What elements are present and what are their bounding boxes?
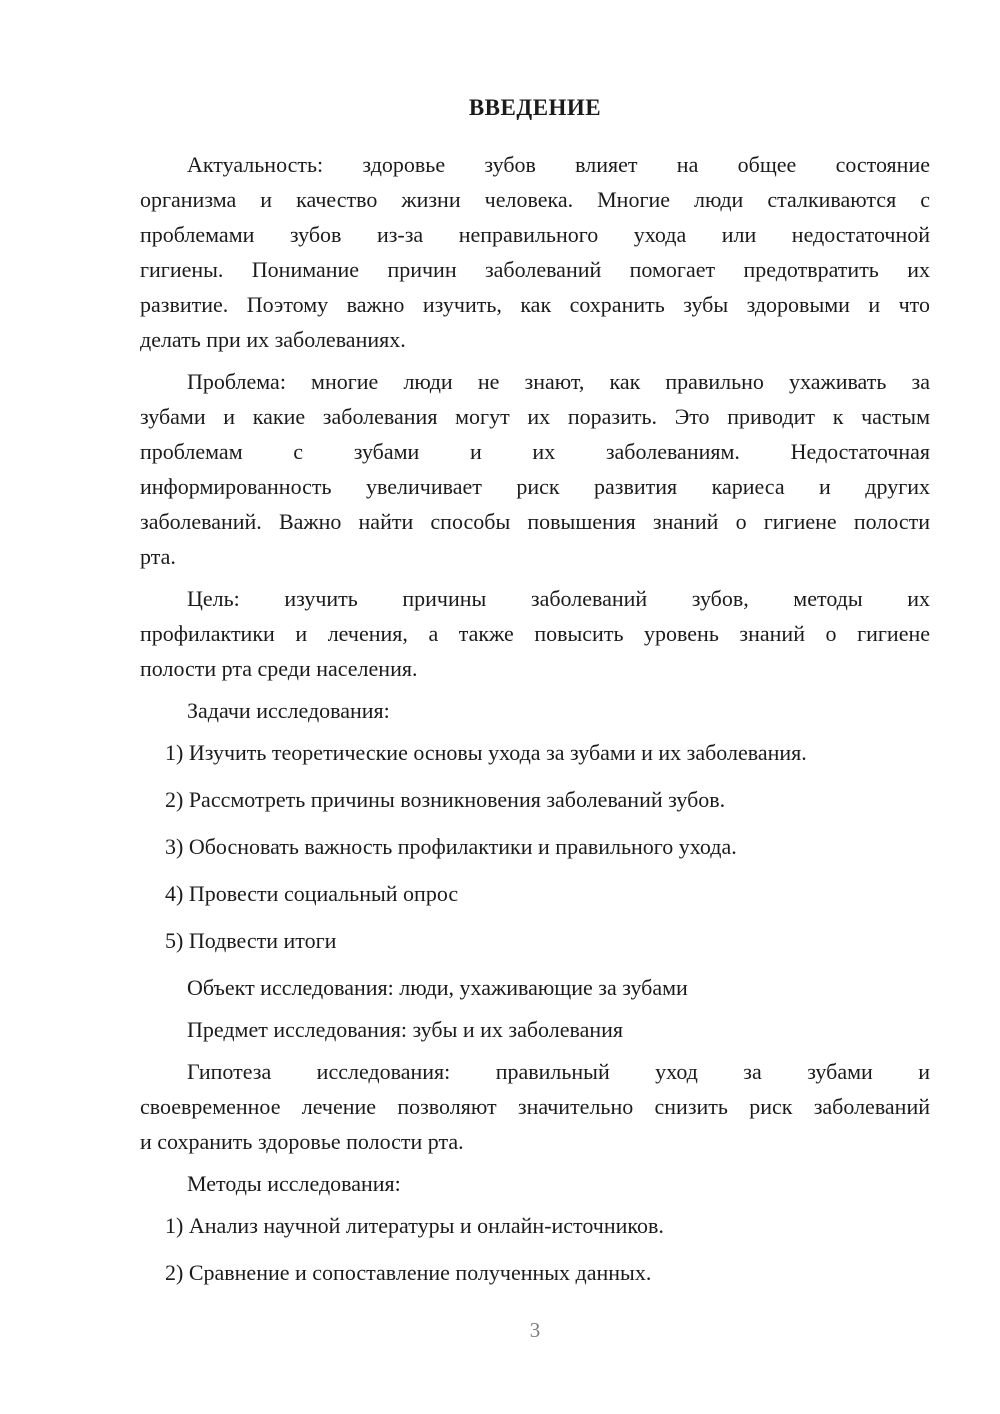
- list-item: 4) Провести социальный опрос: [140, 876, 930, 911]
- text-line: 1) Анализ научной литературы и онлайн-ис…: [140, 1208, 930, 1243]
- list-item: 1) Анализ научной литературы и онлайн-ис…: [140, 1208, 930, 1243]
- paragraph: Объект исследования: люди, ухаживающие з…: [140, 970, 930, 1005]
- text-line: гигиены. Понимание причин заболеваний по…: [140, 252, 930, 287]
- text-line: 1) Изучить теоретические основы ухода за…: [140, 735, 930, 770]
- text-line: 3) Обосновать важность профилактики и пр…: [140, 829, 930, 864]
- text-line: Задачи исследования:: [140, 693, 930, 728]
- text-line: Актуальность: здоровье зубов влияет на о…: [140, 147, 930, 182]
- list-item: 2) Сравнение и сопоставление полученных …: [140, 1255, 930, 1290]
- text-line: 4) Провести социальный опрос: [140, 876, 930, 911]
- text-line: развитие. Поэтому важно изучить, как сох…: [140, 287, 930, 322]
- list-item: 3) Обосновать важность профилактики и пр…: [140, 829, 930, 864]
- text-line: проблемами зубов из-за неправильного ухо…: [140, 217, 930, 252]
- text-line: зубами и какие заболевания могут их пора…: [140, 399, 930, 434]
- paragraph: Задачи исследования:: [140, 693, 930, 728]
- text-line: 2) Сравнение и сопоставление полученных …: [140, 1255, 930, 1290]
- text-line: 5) Подвести итоги: [140, 923, 930, 958]
- paragraph: Предмет исследования: зубы и их заболева…: [140, 1012, 930, 1047]
- paragraph: Гипотеза исследования: правильный уход з…: [140, 1054, 930, 1159]
- page-title: ВВЕДЕНИЕ: [140, 94, 930, 122]
- text-line: Объект исследования: люди, ухаживающие з…: [140, 970, 930, 1005]
- text-line: проблемам с зубами и их заболеваниям. Не…: [140, 434, 930, 469]
- text-line: профилактики и лечения, а также повысить…: [140, 616, 930, 651]
- text-line: и сохранить здоровье полости рта.: [140, 1124, 930, 1159]
- document-body: Актуальность: здоровье зубов влияет на о…: [140, 147, 930, 1290]
- paragraph: Проблема: многие люди не знают, как прав…: [140, 364, 930, 574]
- text-line: Цель: изучить причины заболеваний зубов,…: [140, 581, 930, 616]
- text-line: Предмет исследования: зубы и их заболева…: [140, 1012, 930, 1047]
- text-line: информированность увеличивает риск разви…: [140, 469, 930, 504]
- text-line: организма и качество жизни человека. Мно…: [140, 182, 930, 217]
- text-line: 2) Рассмотреть причины возникновения заб…: [140, 782, 930, 817]
- text-line: своевременное лечение позволяют значител…: [140, 1089, 930, 1124]
- page-number: 3: [140, 1313, 930, 1348]
- list-item: 1) Изучить теоретические основы ухода за…: [140, 735, 930, 770]
- text-line: делать при их заболеваниях.: [140, 322, 930, 357]
- text-line: Проблема: многие люди не знают, как прав…: [140, 364, 930, 399]
- list-item: 2) Рассмотреть причины возникновения заб…: [140, 782, 930, 817]
- text-line: Гипотеза исследования: правильный уход з…: [140, 1054, 930, 1089]
- text-line: рта.: [140, 539, 930, 574]
- text-line: Методы исследования:: [140, 1166, 930, 1201]
- text-line: заболеваний. Важно найти способы повышен…: [140, 504, 930, 539]
- text-line: полости рта среди населения.: [140, 651, 930, 686]
- paragraph: Методы исследования:: [140, 1166, 930, 1201]
- paragraph: Цель: изучить причины заболеваний зубов,…: [140, 581, 930, 686]
- list-item: 5) Подвести итоги: [140, 923, 930, 958]
- document-page: ВВЕДЕНИЕ Актуальность: здоровье зубов вл…: [0, 0, 1000, 1414]
- paragraph: Актуальность: здоровье зубов влияет на о…: [140, 147, 930, 357]
